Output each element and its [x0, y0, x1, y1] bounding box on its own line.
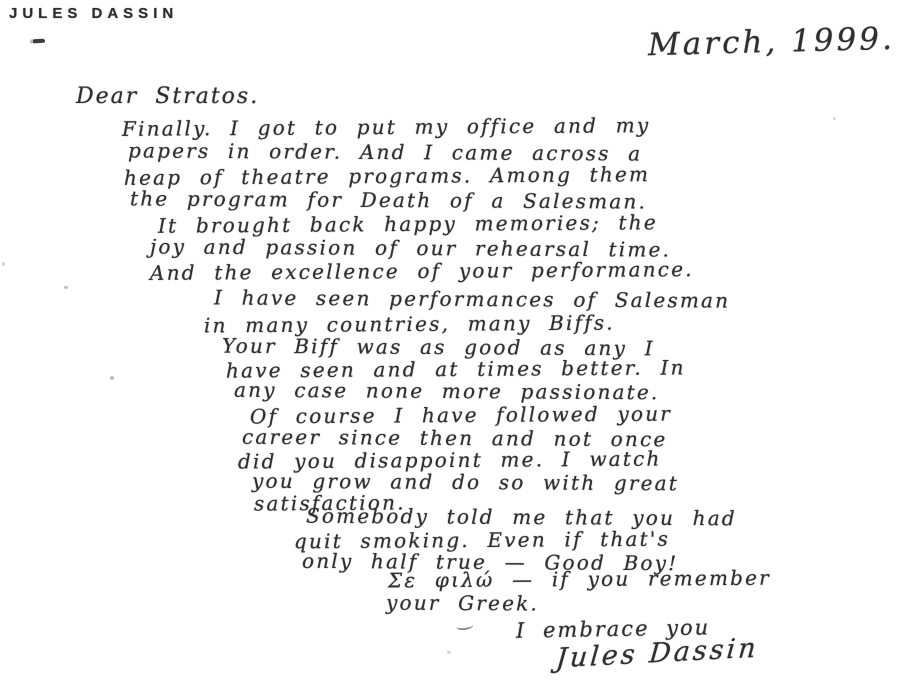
- scan-speck: [110, 376, 114, 380]
- scan-tilde-mark: [456, 621, 474, 631]
- letter-date: March, 1999.: [648, 21, 896, 63]
- letter-line: the program for Death of a Salesman.: [130, 186, 647, 213]
- scan-speck: [2, 262, 5, 266]
- letterhead-name: JULES DASSIN: [9, 5, 178, 22]
- scan-speck: [64, 286, 68, 289]
- letter-line: Finally. I got to put my office and my: [122, 113, 650, 141]
- letter-line-greek: Σε φιλώ — if you remember: [388, 566, 771, 593]
- scanned-letter-page: JULES DASSIN March, 1999. Dear Stratos. …: [0, 0, 900, 693]
- letter-line-greek: your Greek.: [386, 591, 539, 616]
- letter-line: I have seen performances of Salesman: [214, 285, 730, 312]
- letter-line: any case none more passionate.: [234, 378, 660, 405]
- letter-line: Somebody told me that you had: [306, 504, 737, 531]
- letter-line: It brought back happy memories; the: [158, 210, 658, 237]
- scan-speck: [447, 651, 451, 654]
- scan-speck: [833, 117, 836, 120]
- letter-line: heap of theatre programs. Among them: [124, 162, 650, 190]
- scan-dash-mark: [33, 39, 45, 44]
- salutation: Dear Stratos.: [76, 84, 259, 109]
- letter-line: And the excellence of your performance.: [150, 257, 694, 285]
- letter-line: papers in order. And I came across a: [128, 138, 642, 165]
